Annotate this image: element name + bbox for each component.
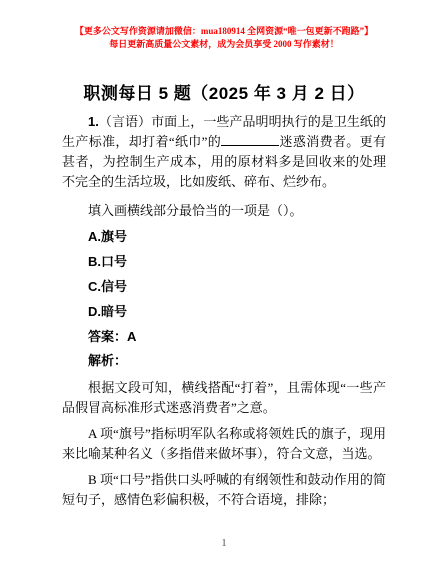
question-category: （言语）	[99, 114, 151, 129]
watermark-header: 【更多公文写作资源请加微信：mua180914 全网资源“唯一包更新不跑路”】 …	[0, 0, 448, 51]
option-a: A.旗号	[62, 224, 386, 249]
analysis-paragraph: 根据文段可知，横线搭配“打着”，且需体现“一些产品假冒高标准形式迷惑消费者”之意…	[62, 378, 386, 418]
question-stem: 1.（言语）市面上，一些产品明明执行的是卫生纸的生产标准，却打着“纸巾”的迷惑消…	[62, 112, 386, 192]
option-c: C.信号	[62, 274, 386, 299]
answer-line: 答案：A	[62, 324, 386, 349]
page-number: 1	[0, 537, 448, 549]
document-body: 1.（言语）市面上，一些产品明明执行的是卫生纸的生产标准，却打着“纸巾”的迷惑消…	[0, 112, 448, 510]
watermark-line-2: 每日更新高质量公文素材，成为会员享受 2000 写作素材！	[0, 38, 448, 51]
document-page: 【更多公文写作资源请加微信：mua180914 全网资源“唯一包更新不跑路”】 …	[0, 0, 448, 580]
page-title: 职测每日 5 题（2025 年 3 月 2 日）	[0, 83, 448, 105]
question-number: 1.	[88, 114, 99, 129]
analysis-paragraph: B 项“口号”指供口头呼喊的有纲领性和鼓动作用的简短句子，感情色彩偏积极，不符合…	[62, 470, 386, 510]
option-d: D.暗号	[62, 299, 386, 324]
analysis-section: 根据文段可知，横线搭配“打着”，且需体现“一些产品假冒高标准形式迷惑消费者”之意…	[62, 378, 386, 510]
watermark-line-1: 【更多公文写作资源请加微信：mua180914 全网资源“唯一包更新不跑路”】	[0, 25, 448, 38]
analysis-label: 解析：	[62, 349, 386, 372]
blank-underline	[221, 133, 279, 146]
option-list: A.旗号 B.口号 C.信号 D.暗号	[62, 224, 386, 324]
question-prompt: 填入画横线部分最恰当的一项是（）。	[62, 201, 386, 221]
analysis-paragraph: A 项“旗号”指标明军队名称或将领姓氏的旗子，现用来比喻某种名义（多指借来做坏事…	[62, 424, 386, 464]
option-b: B.口号	[62, 249, 386, 274]
